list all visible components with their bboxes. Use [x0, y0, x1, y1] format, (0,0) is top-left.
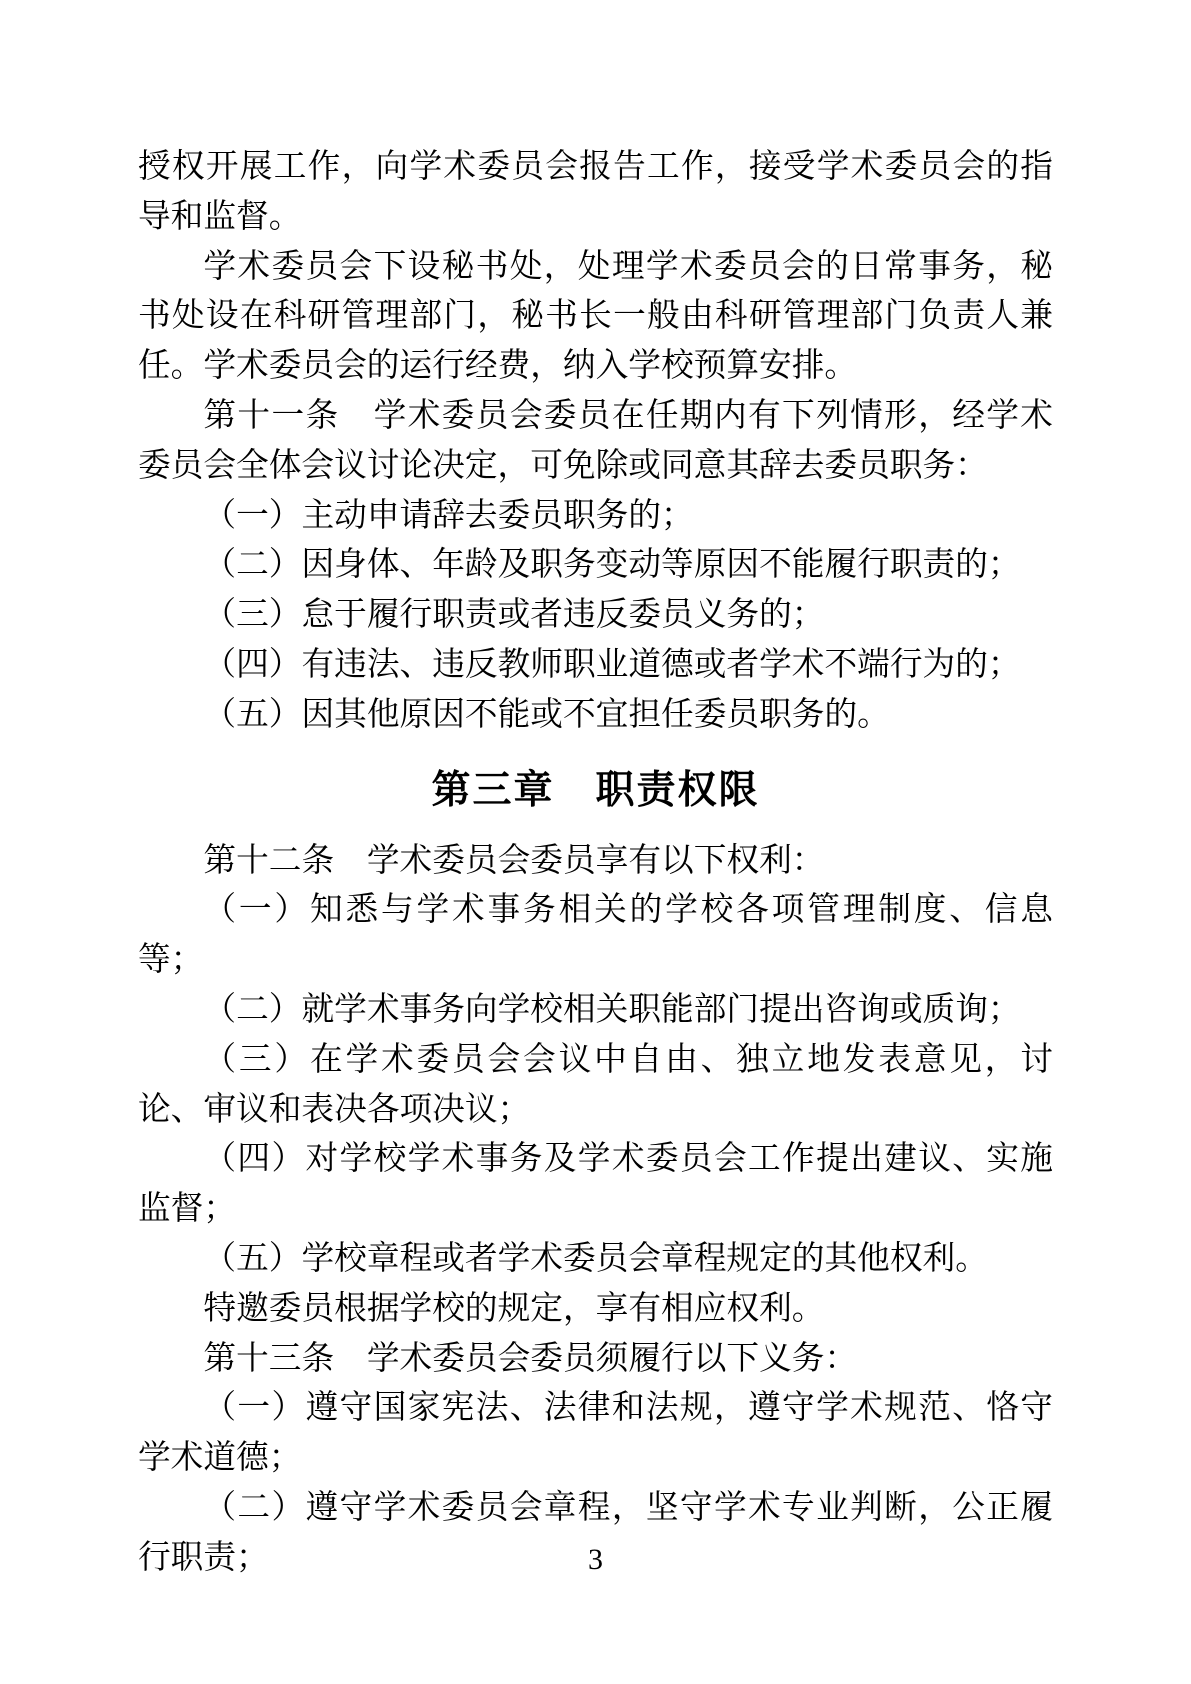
- document-page: 授权开展工作，向学术委员会报告工作，接受学术委员会的指导和监督。学术委员会下设秘…: [0, 0, 1191, 1684]
- paragraph: （四）对学校学术事务及学术委员会工作提出建议、实施监督；: [138, 1135, 1053, 1235]
- paragraph: （三）在学术委员会会议中自由、独立地发表意见，讨论、审议和表决各项决议；: [138, 1036, 1053, 1136]
- page-footer: 3: [0, 1543, 1191, 1577]
- paragraph: （三）怠于履行职责或者违反委员义务的；: [138, 591, 1053, 641]
- paragraph: （五）学校章程或者学术委员会章程规定的其他权利。: [138, 1235, 1053, 1285]
- paragraph: （二）就学术事务向学校相关职能部门提出咨询或质询；: [138, 986, 1053, 1036]
- paragraph: 第十二条 学术委员会委员享有以下权利：: [138, 837, 1053, 887]
- paragraph: 学术委员会下设秘书处，处理学术委员会的日常事务，秘书处设在科研管理部门，秘书长一…: [138, 243, 1053, 392]
- paragraph: （一）知悉与学术事务相关的学校各项管理制度、信息等；: [138, 886, 1053, 986]
- document-body: 授权开展工作，向学术委员会报告工作，接受学术委员会的指导和监督。学术委员会下设秘…: [138, 143, 1053, 1584]
- paragraph: （一）主动申请辞去委员职务的；: [138, 492, 1053, 542]
- paragraph: （四）有违法、违反教师职业道德或者学术不端行为的；: [138, 641, 1053, 691]
- paragraph: 第十一条 学术委员会委员在任期内有下列情形，经学术委员会全体会议讨论决定，可免除…: [138, 392, 1053, 492]
- paragraph: 特邀委员根据学校的规定，享有相应权利。: [138, 1285, 1053, 1335]
- paragraph: 授权开展工作，向学术委员会报告工作，接受学术委员会的指导和监督。: [138, 143, 1053, 243]
- paragraph: 第十三条 学术委员会委员须履行以下义务：: [138, 1335, 1053, 1385]
- paragraph: （一）遵守国家宪法、法律和法规，遵守学术规范、恪守学术道德；: [138, 1384, 1053, 1484]
- paragraph: （二）因身体、年龄及职务变动等原因不能履行职责的；: [138, 541, 1053, 591]
- chapter-heading: 第三章 职责权限: [138, 761, 1053, 821]
- page-number: 3: [588, 1543, 603, 1576]
- paragraph: （五）因其他原因不能或不宜担任委员职务的。: [138, 691, 1053, 741]
